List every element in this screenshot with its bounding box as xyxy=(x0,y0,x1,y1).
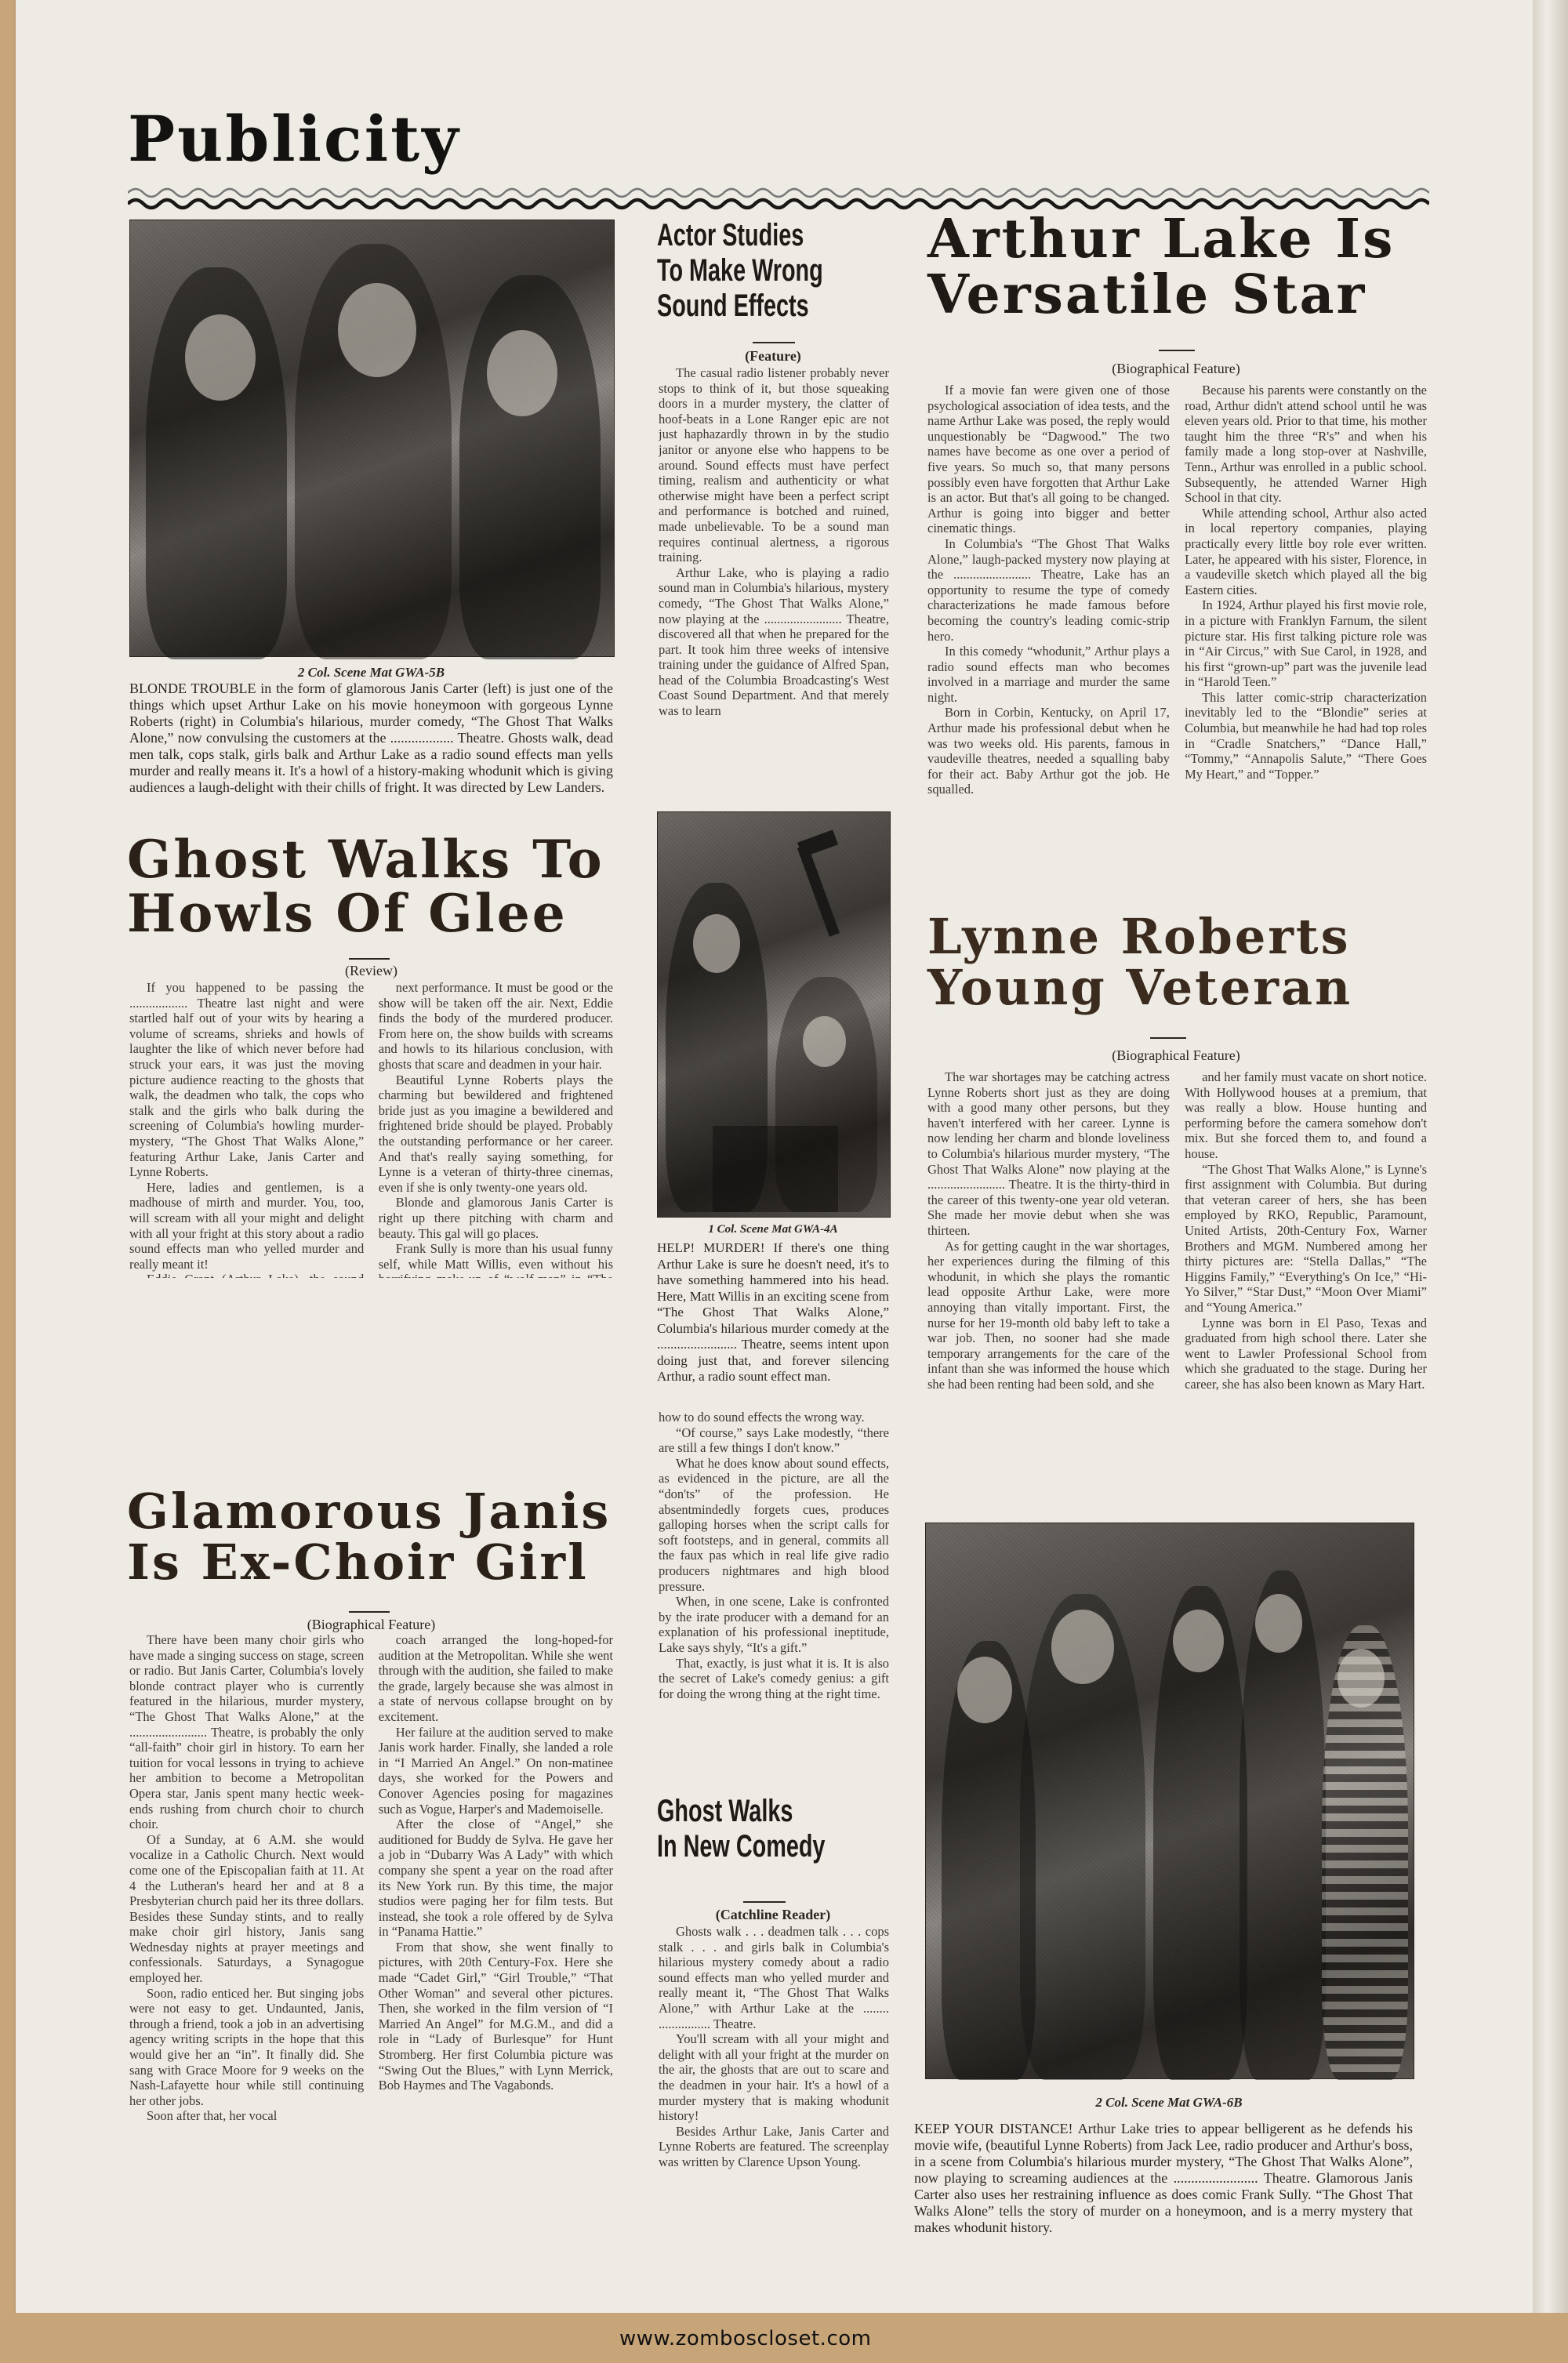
footer-url[interactable]: www.zomboscloset.com xyxy=(619,2327,871,2350)
kicker-biographical: (Biographical Feature) xyxy=(129,1617,613,1633)
kicker-catchline: (Catchline Reader) xyxy=(657,1907,889,1923)
article-body-ghost-walks: If you happened to be passing the ......… xyxy=(129,980,613,1278)
headline-rule xyxy=(1150,1037,1186,1039)
column-1: The war shortages may be catching actres… xyxy=(927,1069,1170,1485)
photo-caption-gwa-4a: HELP! MURDER! If there's one thing Arthu… xyxy=(657,1240,889,1385)
next-page-edge xyxy=(1533,0,1568,2313)
column-2: Because his parents were constantly on t… xyxy=(1185,383,1427,888)
trunk xyxy=(713,1126,838,1212)
headline-lynne-roberts: Lynne Roberts Young Veteran xyxy=(927,911,1437,1013)
article-body-actor-studies-top: The casual radio listener probably never… xyxy=(659,365,889,793)
headline-glamorous-janis: Glamorous Janis Is Ex-Choir Girl xyxy=(127,1486,621,1588)
column-2: next performance. It must be good or the… xyxy=(379,980,613,1278)
kicker-biographical: (Biographical Feature) xyxy=(925,1047,1427,1064)
article-body-lynne-roberts: The war shortages may be catching actres… xyxy=(927,1069,1427,1485)
headline-rule xyxy=(743,1901,786,1903)
kicker-feature: (Feature) xyxy=(657,348,889,365)
article-body-new-comedy: Ghosts walk . . . deadmen talk . . . cop… xyxy=(659,1924,889,2238)
scene-photo-gwa-4a xyxy=(657,811,891,1218)
headline-rule xyxy=(1159,350,1195,351)
headline-rule xyxy=(349,958,390,960)
scene-photo-gwa-5b xyxy=(129,220,615,657)
headline-arthur-lake: Arthur Lake Is Versatile Star xyxy=(927,212,1437,324)
column-1: If you happened to be passing the ......… xyxy=(129,980,364,1278)
column-2: and her family must vacate on short noti… xyxy=(1185,1069,1427,1485)
headline-actor-studies: Actor Studies To Make Wrong Sound Effect… xyxy=(657,218,883,323)
mat-label-gwa-5b: 2 Col. Scene Mat GWA-5B xyxy=(129,665,613,681)
column-2: coach arranged the long-hoped-for auditi… xyxy=(379,1632,613,2228)
kicker-review: (Review) xyxy=(129,963,613,979)
photo-caption-gwa-6b: KEEP YOUR DISTANCE! Arthur Lake tries to… xyxy=(914,2121,1413,2236)
headline-rule xyxy=(349,1611,390,1613)
mat-label-gwa-6b: 2 Col. Scene Mat GWA-6B xyxy=(925,2095,1413,2111)
column-1: If a movie fan were given one of those p… xyxy=(927,383,1170,888)
photo-caption-gwa-5b: BLONDE TROUBLE in the form of glamorous … xyxy=(129,681,613,796)
headline-rule xyxy=(753,342,795,343)
kicker-biographical: (Biographical Feature) xyxy=(925,361,1427,377)
hammer-handle xyxy=(797,844,840,937)
headline-ghost-walks-to-howls: Ghost Walks To Howls Of Glee xyxy=(127,833,621,942)
column-1: There have been many choir girls who hav… xyxy=(129,1632,364,2228)
article-body-arthur-lake: If a movie fan were given one of those p… xyxy=(927,383,1427,888)
scene-photo-gwa-6b xyxy=(925,1523,1414,2079)
masthead-title: Publicity xyxy=(128,102,461,176)
hammer-head xyxy=(797,829,838,857)
headline-ghost-walks-new-comedy: Ghost Walks In New Comedy xyxy=(657,1794,883,1864)
article-body-actor-studies-bottom: how to do sound effects the wrong way. “… xyxy=(659,1410,889,1775)
mat-label-gwa-4a: 1 Col. Scene Mat GWA-4A xyxy=(657,1223,889,1236)
article-body-glamorous-janis: There have been many choir girls who hav… xyxy=(129,1632,613,2228)
